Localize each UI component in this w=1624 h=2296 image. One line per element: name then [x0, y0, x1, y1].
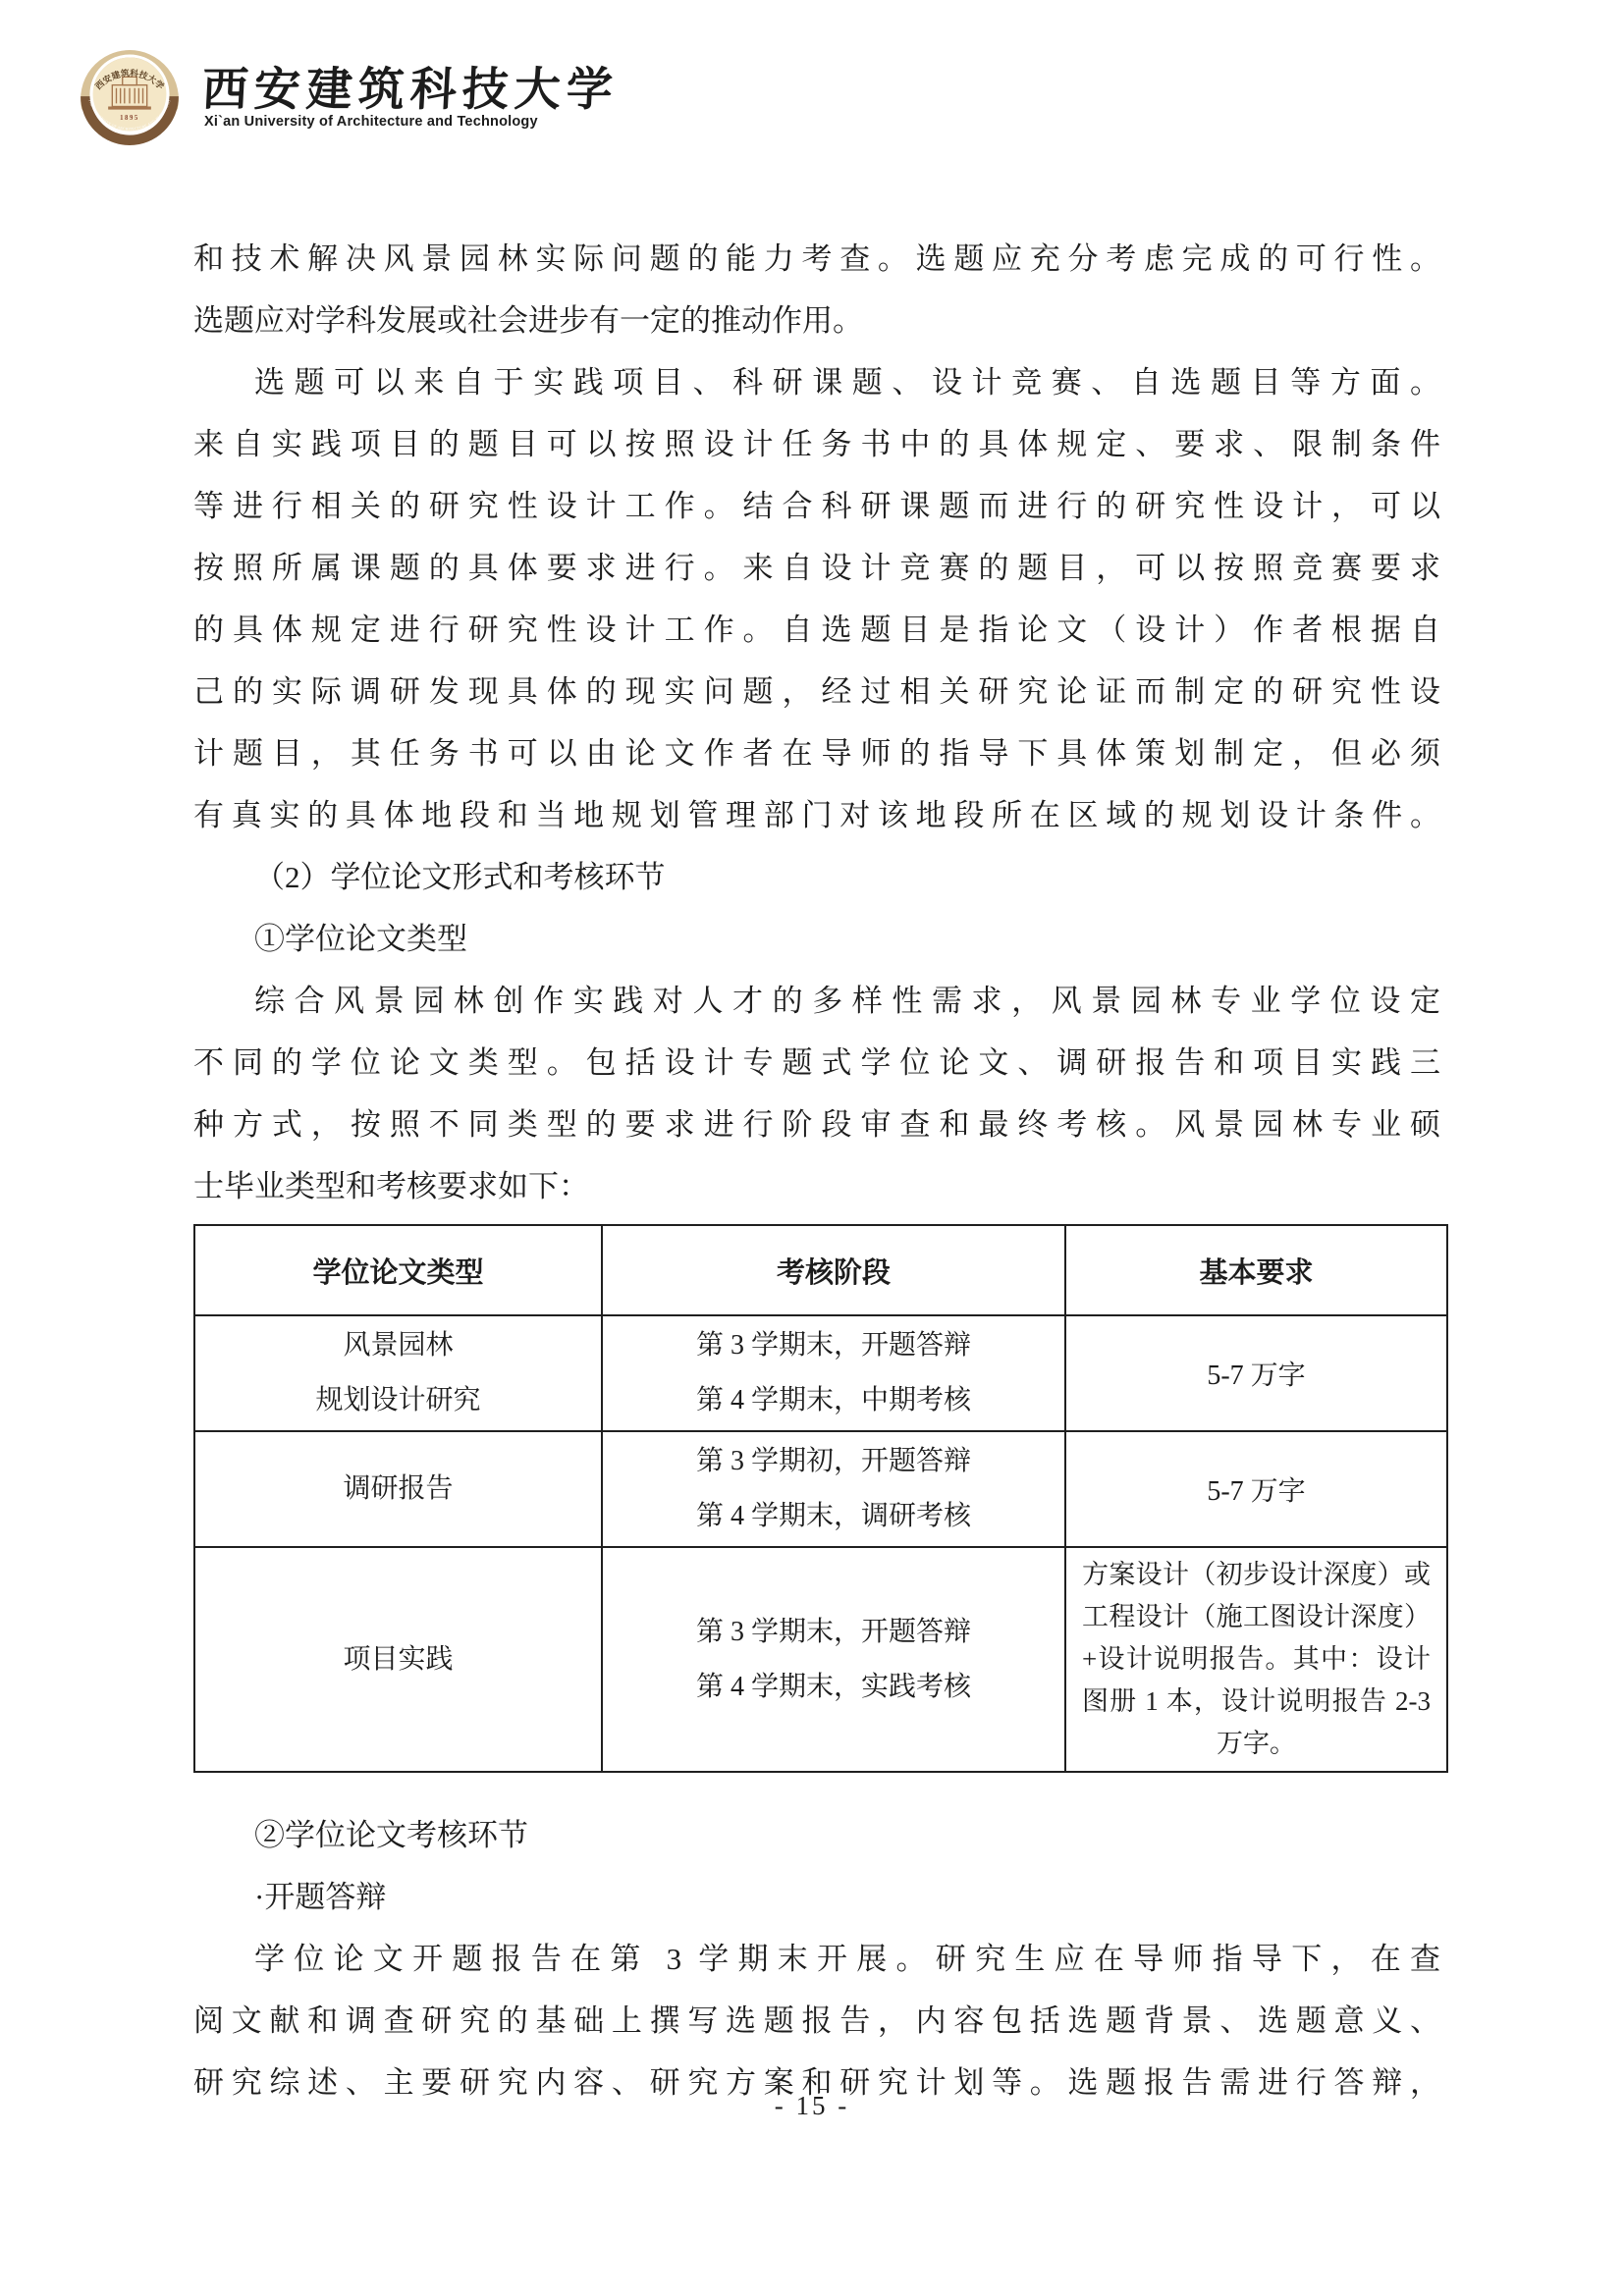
text-line: 选题应对学科发展或社会进步有一定的推动作用。 — [193, 290, 1440, 351]
cell-text: 第 4 学期末，实践考核 — [603, 1660, 1064, 1715]
text-line: 计题目，其任务书可以由论文作者在导师的指导下具体策划制定，但必须 — [193, 722, 1440, 784]
text-line: ①学位论文类型 — [193, 908, 1440, 970]
university-name-en: Xi`an University of Architecture and Tec… — [204, 114, 538, 130]
cell-text: 第 4 学期末，中期考核 — [603, 1373, 1064, 1428]
thesis-type-cell: 调研报告 — [194, 1431, 602, 1547]
cell-text: 第 4 学期末，调研考核 — [603, 1489, 1064, 1544]
cell-text: 规划设计研究 — [195, 1373, 601, 1428]
text-line: 学位论文开题报告在第 3 学期末开展。研究生应在导师指导下，在查 — [193, 1928, 1440, 1990]
thesis-table: 学位论文类型 考核阶段 基本要求 风景园林规划设计研究第 3 学期末，开题答辩第… — [193, 1224, 1448, 1773]
table-header-row: 学位论文类型 考核阶段 基本要求 — [194, 1225, 1447, 1315]
assessment-stage-cell: 第 3 学期初，开题答辩第 4 学期末，调研考核 — [602, 1431, 1065, 1547]
page-bottom-text: ②学位论文考核环节·开题答辩学位论文开题报告在第 3 学期末开展。研究生应在导师… — [193, 1804, 1440, 2113]
table-row: 风景园林规划设计研究第 3 学期末，开题答辩第 4 学期末，中期考核5-7 万字 — [194, 1315, 1447, 1431]
text-line: 有真实的具体地段和当地规划管理部门对该地段所在区域的规划设计条件。 — [193, 784, 1440, 846]
cell-text: 第 3 学期末，开题答辩 — [603, 1605, 1064, 1660]
cell-text: 风景园林 — [195, 1318, 601, 1373]
text-line: 来自实践项目的题目可以按照设计任务书中的具体规定、要求、限制条件 — [193, 413, 1440, 475]
thesis-type-cell: 风景园林规划设计研究 — [194, 1315, 602, 1431]
text-line: ②学位论文考核环节 — [193, 1804, 1440, 1866]
text-line: 阅文献和调查研究的基础上撰写选题报告，内容包括选题背景、选题意义、 — [193, 1990, 1440, 2052]
column-header-thesis-type: 学位论文类型 — [194, 1225, 602, 1315]
text-line: 的具体规定进行研究性设计工作。自选题目是指论文（设计）作者根据自 — [193, 599, 1440, 661]
seal-year: 1895 — [120, 115, 139, 122]
text-line: 种方式，按照不同类型的要求进行阶段审查和最终考核。风景园林专业硕 — [193, 1094, 1440, 1155]
cell-text: 第 3 学期末，开题答辩 — [603, 1318, 1064, 1373]
cell-text: 项目实践 — [195, 1632, 601, 1687]
requirement-cell: 5-7 万字 — [1065, 1431, 1447, 1547]
column-header-assessment-stage: 考核阶段 — [602, 1225, 1065, 1315]
text-line: 等进行相关的研究性设计工作。结合科研课题而进行的研究性设计，可以 — [193, 475, 1440, 537]
table-row: 项目实践第 3 学期末，开题答辩第 4 学期末，实践考核方案设计（初步设计深度）… — [194, 1547, 1447, 1772]
text-line: 士毕业类型和考核要求如下： — [193, 1155, 1440, 1217]
cell-text: 调研报告 — [195, 1462, 601, 1517]
assessment-stage-cell: 第 3 学期末，开题答辩第 4 学期末，中期考核 — [602, 1315, 1065, 1431]
university-logo: 1895 西安建筑科技大学 XI'AN UNIVERSITY OF ARCHIT… — [79, 43, 609, 151]
column-header-basic-requirement: 基本要求 — [1065, 1225, 1447, 1315]
text-line: 综合风景园林创作实践对人才的多样性需求，风景园林专业学位设定 — [193, 970, 1440, 1032]
requirement-cell: 5-7 万字 — [1065, 1315, 1447, 1431]
assessment-stage-cell: 第 3 学期末，开题答辩第 4 学期末，实践考核 — [602, 1547, 1065, 1772]
document-page: 1895 西安建筑科技大学 XI'AN UNIVERSITY OF ARCHIT… — [0, 0, 1624, 2296]
thesis-type-cell: 项目实践 — [194, 1547, 602, 1772]
university-seal-icon: 1895 西安建筑科技大学 XI'AN UNIVERSITY OF ARCHIT… — [79, 43, 181, 145]
requirement-cell: 方案设计（初步设计深度）或工程设计（施工图设计深度）+设计说明报告。其中：设计图… — [1065, 1547, 1447, 1772]
text-line: 己的实际调研发现具体的现实问题，经过相关研究论证而制定的研究性设 — [193, 661, 1440, 722]
text-line: ·开题答辩 — [193, 1866, 1440, 1928]
text-line: 和技术解决风景园林实际问题的能力考查。选题应充分考虑完成的可行性。 — [193, 228, 1440, 290]
page-body-text: 和技术解决风景园林实际问题的能力考查。选题应充分考虑完成的可行性。选题应对学科发… — [193, 228, 1440, 1217]
table-row: 调研报告第 3 学期初，开题答辩第 4 学期末，调研考核5-7 万字 — [194, 1431, 1447, 1547]
cell-text: 第 3 学期初，开题答辩 — [603, 1434, 1064, 1489]
text-line: 不同的学位论文类型。包括设计专题式学位论文、调研报告和项目实践三 — [193, 1032, 1440, 1094]
text-line: （2）学位论文形式和考核环节 — [193, 846, 1440, 908]
university-name-cn: 西安建筑科技大学 — [200, 53, 621, 119]
page-number: - 15 - — [0, 2091, 1624, 2121]
thesis-table-body: 风景园林规划设计研究第 3 学期末，开题答辩第 4 学期末，中期考核5-7 万字… — [194, 1315, 1447, 1772]
text-line: 按照所属课题的具体要求进行。来自设计竞赛的题目，可以按照竞赛要求 — [193, 537, 1440, 599]
text-line: 选题可以来自于实践项目、科研课题、设计竞赛、自选题目等方面。 — [193, 351, 1440, 413]
thesis-table-header: 学位论文类型 考核阶段 基本要求 — [194, 1225, 1447, 1315]
